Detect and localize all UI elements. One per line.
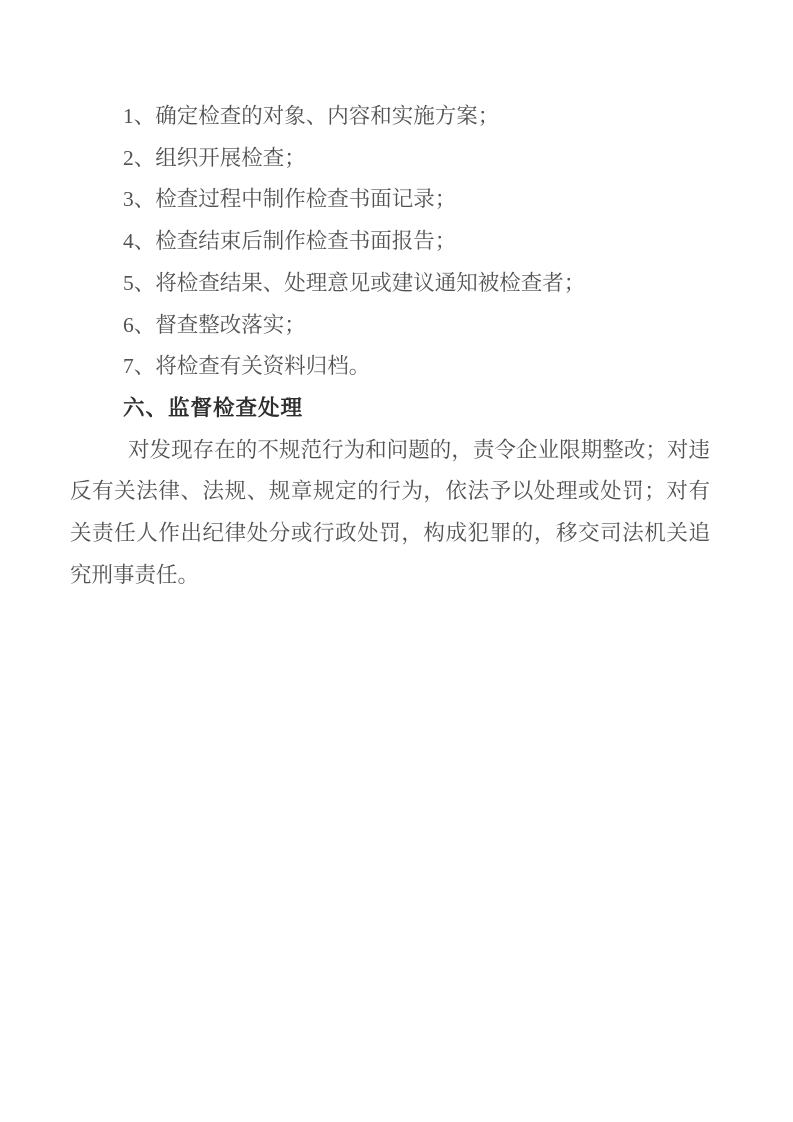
list-item: 3、检查过程中制作检查书面记录； [70,179,710,221]
section-heading: 六、监督检查处理 [70,388,710,430]
document-page: 1、确定检查的对象、内容和实施方案； 2、组织开展检查； 3、检查过程中制作检查… [0,0,793,1122]
list-item: 1、确定检查的对象、内容和实施方案； [70,96,710,138]
list-item: 4、检查结束后制作检查书面报告； [70,221,710,263]
body-paragraph: 对发现存在的不规范行为和问题的，责令企业限期整改；对违反有关法律、法规、规章规定… [70,430,710,597]
document-body: 1、确定检查的对象、内容和实施方案； 2、组织开展检查； 3、检查过程中制作检查… [70,96,710,596]
list-item: 6、督查整改落实； [70,305,710,347]
list-item: 7、将检查有关资料归档。 [70,346,710,388]
list-item: 5、将检查结果、处理意见或建议通知被检查者； [70,263,710,305]
list-item: 2、组织开展检查； [70,138,710,180]
